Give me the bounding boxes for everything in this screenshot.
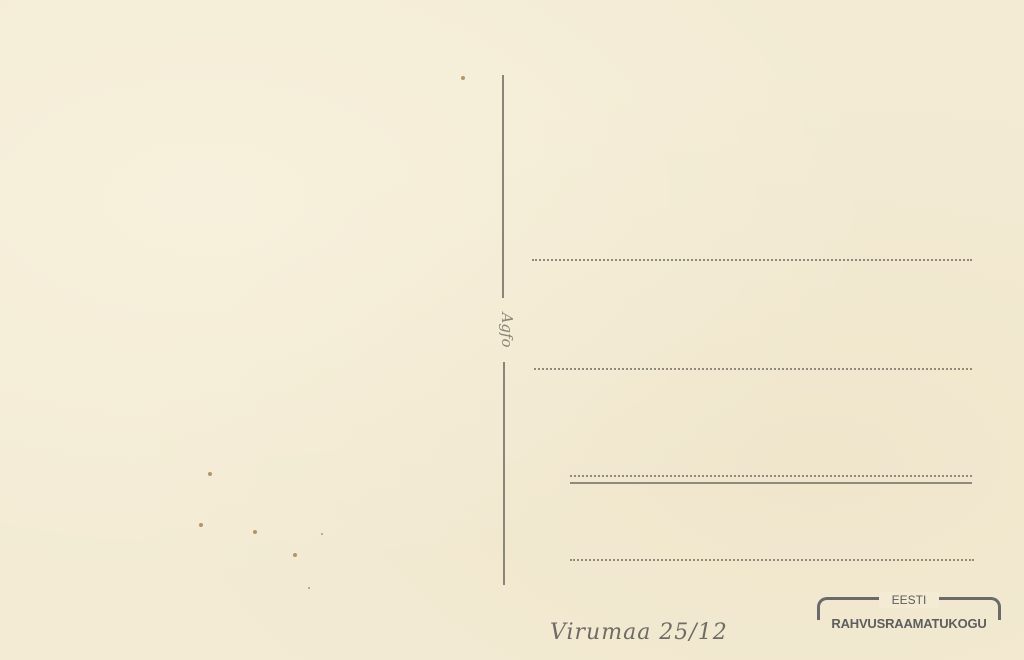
catalog-number: Agfo	[487, 308, 527, 352]
foxing-spot	[308, 587, 310, 589]
library-stamp: EESTI RAHVUSRAAMATUKOGU	[817, 592, 999, 638]
foxing-spot	[208, 472, 212, 476]
foxing-spot	[293, 553, 297, 557]
stamp-bottom-text: RAHVUSRAAMATUKOGU	[818, 616, 1000, 632]
foxing-spot	[199, 523, 203, 527]
address-line-3-underline	[570, 482, 972, 484]
address-line-4	[570, 559, 974, 561]
postcard-back: Agfo Virumaa 25/12 EESTI RAHVUSRAAMATUKO…	[0, 0, 1024, 660]
address-line-1	[532, 259, 972, 261]
handwritten-note: Virumaa 25/12	[550, 620, 728, 645]
foxing-spot	[461, 76, 465, 80]
foxing-spot	[321, 533, 323, 535]
foxing-spot	[253, 530, 257, 534]
address-line-3	[570, 475, 972, 477]
center-divider-bottom	[503, 362, 505, 585]
address-line-2	[534, 368, 972, 370]
stamp-top-text: EESTI	[879, 592, 939, 608]
center-divider-top	[502, 75, 504, 298]
